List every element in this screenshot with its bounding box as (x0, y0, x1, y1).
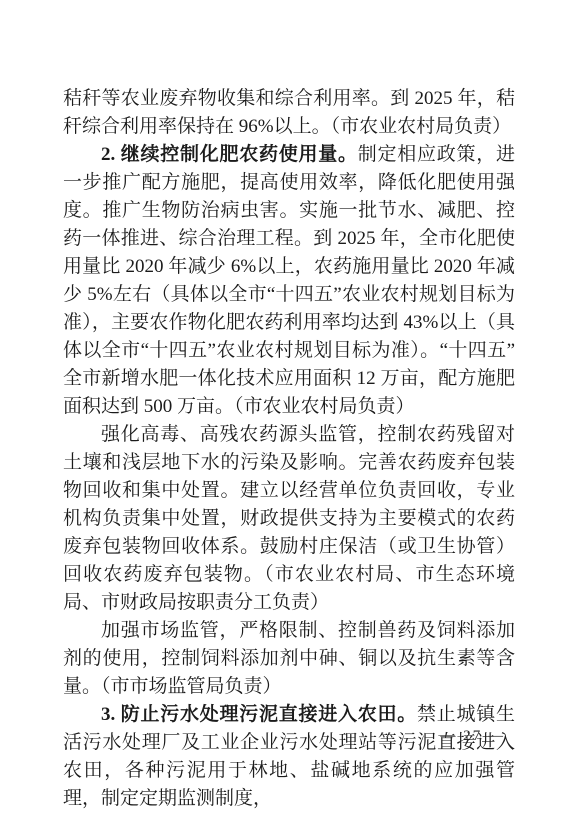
paragraph-lead-bold: 2. 继续控制化肥农药使用量。 (101, 144, 358, 165)
document-page: 秸秆等农业废弃物收集和综合利用率。到 2025 年，秸秆综合利用率保持在 96%… (0, 0, 578, 818)
paragraph-text: 制定相应政策，进一步推广配方施肥，提高使用效率，降低化肥使用强度。推广生物防治病… (63, 144, 515, 417)
paragraph-item-2: 2. 继续控制化肥农药使用量。制定相应政策，进一步推广配方施肥，提高使用效率，降… (63, 141, 515, 421)
paragraph-market-supervision: 加强市场监管，严格限制、控制兽药及饲料添加剂的使用，控制饲料添加剂中砷、铜以及抗… (63, 617, 515, 701)
document-body: 秸秆等农业废弃物收集和综合利用率。到 2025 年，秸秆综合利用率保持在 96%… (63, 85, 515, 813)
paragraph-continuation: 秸秆等农业废弃物收集和综合利用率。到 2025 年，秸秆综合利用率保持在 96%… (63, 85, 515, 141)
paragraph-text: 秸秆等农业废弃物收集和综合利用率。到 2025 年，秸秆综合利用率保持在 96%… (63, 88, 515, 137)
paragraph-item-3: 3. 防止污水处理污泥直接进入农田。禁止城镇生活污水处理厂及工业企业污水处理站等… (63, 701, 515, 813)
paragraph-text: 强化高毒、高残农药源头监管，控制农药残留对土壤和浅层地下水的污染及影响。完善农药… (63, 424, 515, 613)
paragraph-lead-bold: 3. 防止污水处理污泥直接进入农田。 (101, 704, 417, 725)
page-number: — 27 — (441, 728, 506, 745)
paragraph-pesticide-supervision: 强化高毒、高残农药源头监管，控制农药残留对土壤和浅层地下水的污染及影响。完善农药… (63, 421, 515, 617)
paragraph-text: 加强市场监管，严格限制、控制兽药及饲料添加剂的使用，控制饲料添加剂中砷、铜以及抗… (63, 620, 515, 697)
